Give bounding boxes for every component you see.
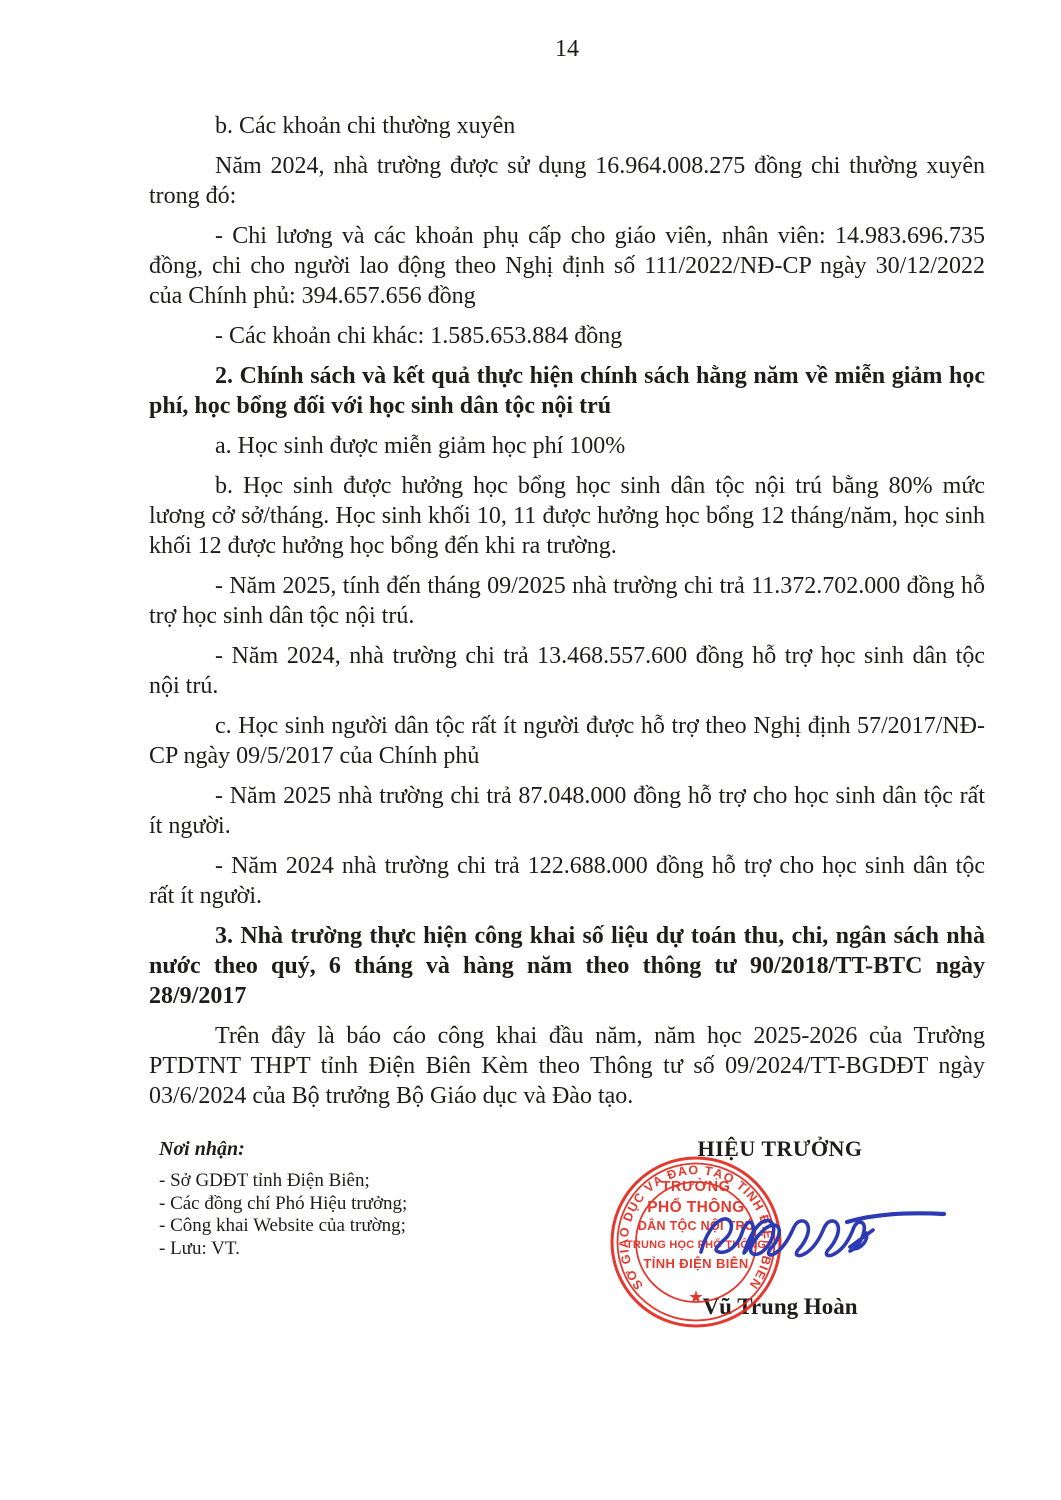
recipient-item: - Công khai Website của trường; bbox=[159, 1215, 589, 1238]
recipients-title: Nơi nhận: bbox=[159, 1138, 589, 1161]
paragraph-hoc-bong-80: b. Học sinh được hưởng học bổng học sinh… bbox=[149, 471, 985, 561]
stamp-ring-text: SỞ GIÁO DỤC VÀ ĐÀO TẠO TỈNH ĐIỆN BIÊN bbox=[616, 1163, 776, 1293]
svg-text:SỞ GIÁO DỤC VÀ ĐÀO TẠO TỈNH ĐI: SỞ GIÁO DỤC VÀ ĐÀO TẠO TỈNH ĐIỆN BIÊN bbox=[616, 1163, 776, 1293]
paragraph-chi-thuong-xuyen: b. Các khoản chi thường xuyên bbox=[149, 111, 985, 141]
signature-ink bbox=[701, 1213, 944, 1255]
heading-section-2: 2. Chính sách và kết quả thực hiện chính… bbox=[149, 361, 985, 421]
paragraph-ket-luan: Trên đây là báo cáo công khai đầu năm, n… bbox=[149, 1021, 985, 1111]
signature-scribble bbox=[701, 1219, 873, 1256]
recipient-item: - Lưu: VT. bbox=[159, 1238, 589, 1261]
document-body: b. Các khoản chi thường xuyên Năm 2024, … bbox=[149, 111, 985, 1121]
stamp-line-truong: TRƯỜNG bbox=[661, 1177, 730, 1195]
heading-section-3: 3. Nhà trường thực hiện công khai số liệ… bbox=[149, 921, 985, 1011]
recipients-block: Nơi nhận: - Sở GDĐT tỉnh Điện Biên; - Cá… bbox=[159, 1138, 589, 1260]
stamp-line-tinh-dien-bien: TỈNH ĐIỆN BIÊN bbox=[643, 1256, 748, 1271]
paragraph-cac-khoan-chi-khac: - Các khoản chi khác: 1.585.653.884 đồng bbox=[149, 321, 985, 351]
paragraph-mien-giam-hoc-phi: a. Học sinh được miễn giảm học phí 100% bbox=[149, 431, 985, 461]
paragraph-nam-2024-chi-tra: - Năm 2024, nhà trường chi trả 13.468.55… bbox=[149, 641, 985, 701]
paragraph-dan-toc-rat-it-nguoi: c. Học sinh người dân tộc rất ít người đ… bbox=[149, 711, 985, 771]
stamp-line-trung-hoc: TRUNG HỌC PHỔ THÔNG bbox=[626, 1238, 766, 1251]
paragraph-nam-2025-ho-tro: - Năm 2025 nhà trường chi trả 87.048.000… bbox=[149, 781, 985, 841]
stamp-line-pho-thong: PHỔ THÔNG bbox=[647, 1198, 744, 1216]
document-page: 14 b. Các khoản chi thường xuyên Năm 202… bbox=[0, 0, 1061, 1500]
paragraph-nam-2024-su-dung: Năm 2024, nhà trường được sử dụng 16.964… bbox=[149, 151, 985, 211]
paragraph-nam-2024-ho-tro: - Năm 2024 nhà trường chi trả 122.688.00… bbox=[149, 851, 985, 911]
signer-title: HIỆU TRƯỞNG bbox=[620, 1136, 940, 1162]
paragraph-chi-luong: - Chi lương và các khoản phụ cấp cho giá… bbox=[149, 221, 985, 311]
recipient-item: - Sở GDĐT tỉnh Điện Biên; bbox=[159, 1170, 589, 1193]
stamp-inner-circle bbox=[636, 1182, 756, 1302]
signer-name: Vũ Trung Hoàn bbox=[620, 1294, 940, 1320]
recipient-item: - Các đồng chí Phó Hiệu trưởng; bbox=[159, 1193, 589, 1216]
paragraph-nam-2025-chi-tra: - Năm 2025, tính đến tháng 09/2025 nhà t… bbox=[149, 571, 985, 631]
page-number: 14 bbox=[149, 36, 985, 63]
signature-top-stroke bbox=[847, 1213, 944, 1222]
stamp-line-dan-toc-noi-tru: DÂN TỘC NỘI TRÚ bbox=[638, 1218, 754, 1233]
